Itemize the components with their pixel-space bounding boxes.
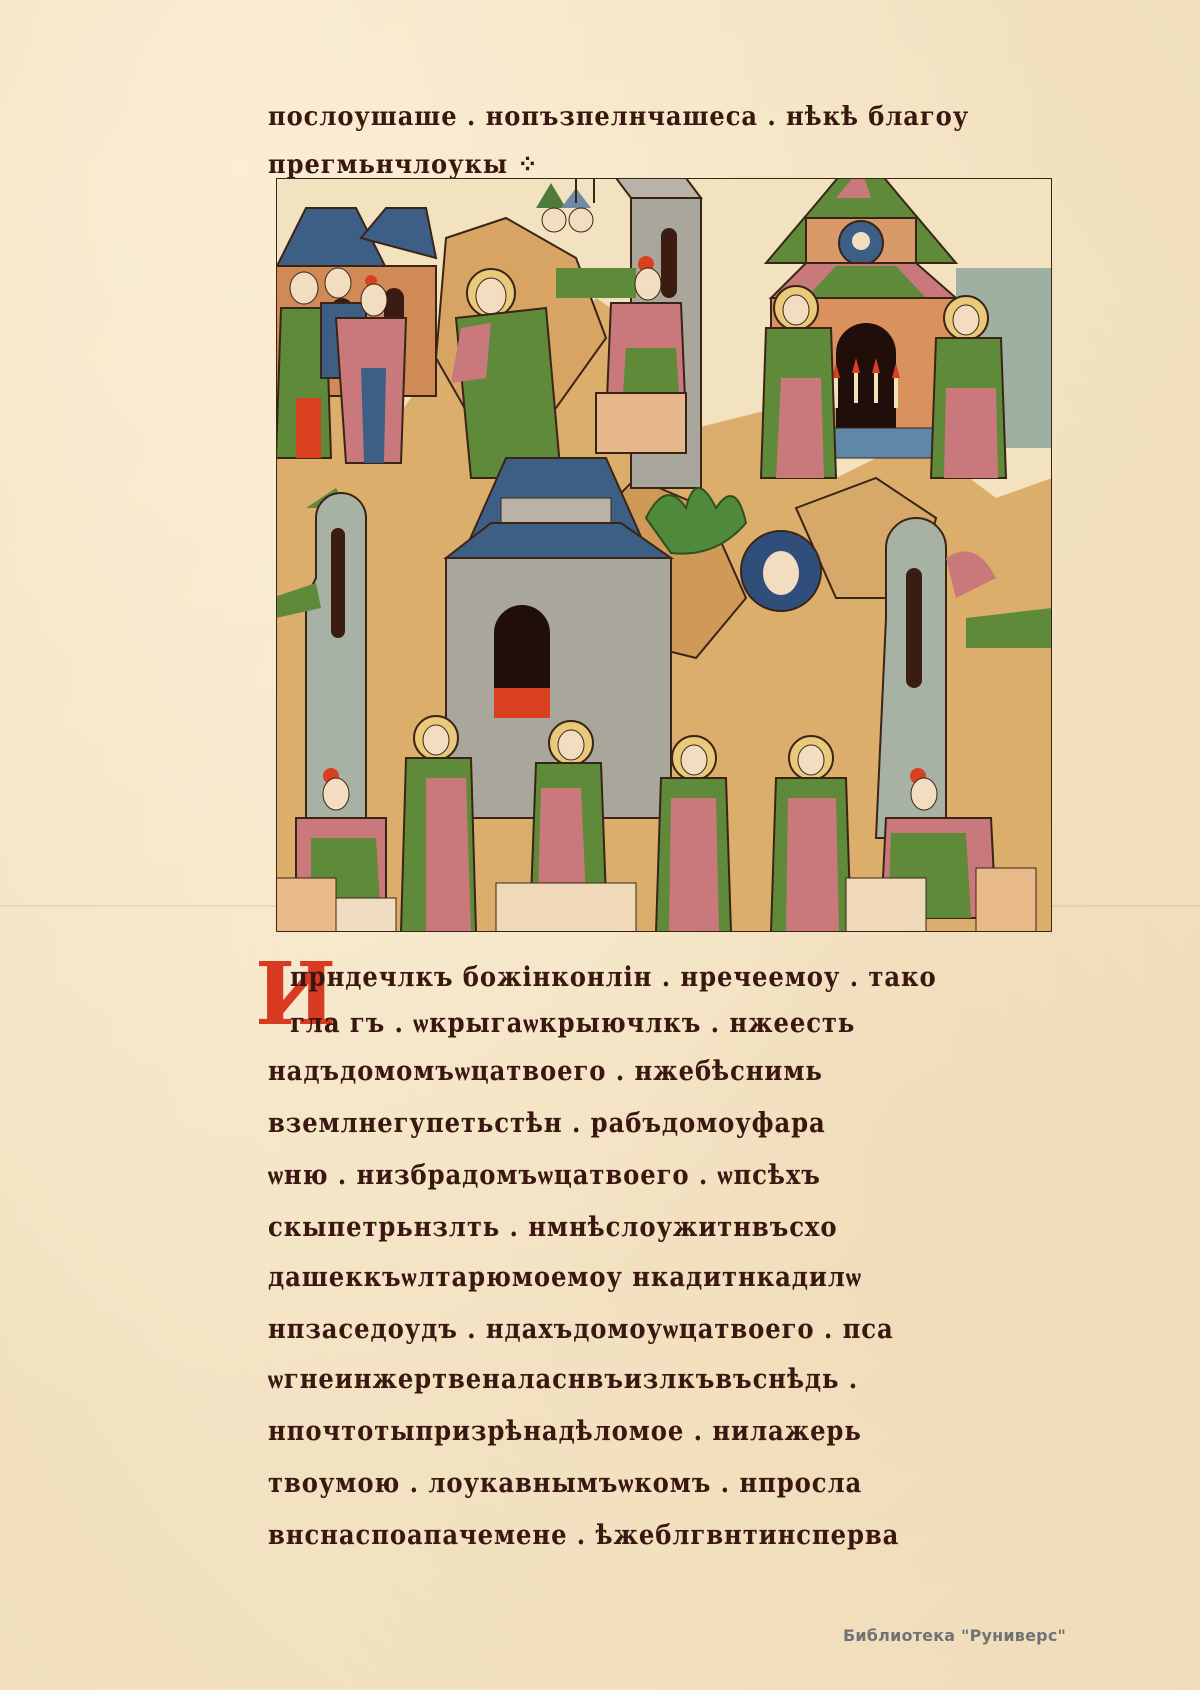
body-line-8: нпзаседоудъ . ндахъдомоуѡцатвоего . пса	[268, 1314, 894, 1345]
body-line-7: дашеккъѡлтарюмоемоу нкадитнкадилѡ	[268, 1262, 862, 1293]
body-line-5: ѡню . низбрадомъѡцатвоего . ѡпсѣхъ	[268, 1160, 821, 1191]
header-line-1: послоушаше . нопъзпелнчашеса . нѣкѣ благ…	[268, 102, 969, 132]
body-line-12: внснаспоапачемене . ѣжеблгвнтинсперва	[268, 1520, 899, 1551]
body-line-11: твоумою . лоукавнымъѡкомъ . нпросла	[268, 1468, 862, 1499]
body-line-2: гла гъ . ѡкрыгаѡкрыючлкъ . нжеесть	[290, 1008, 855, 1039]
body-line-6: скыпетрьнзлть . нмнѣслоужитнвъсхо	[268, 1212, 837, 1243]
header-line-2: прегмьнчлоукы ⁘	[268, 150, 539, 180]
body-line-3: надъдомомъѡцатвоего . нжебѣснимь	[268, 1056, 823, 1087]
miniature-illustration	[276, 178, 1052, 932]
body-line-4: вземлнегупетьстѣн . рабъдомоуфара	[268, 1108, 826, 1139]
body-line-9: ѡгнеинжертвеналаснвъизлкъвъснѣдь .	[268, 1364, 858, 1395]
body-line-10: нпочтотыпризрѣнадѣломое . нилажерь	[268, 1416, 862, 1447]
body-line-1: прндечлкъ божінконлін . нречеемоу . тако	[290, 962, 937, 993]
library-watermark: Библиотека "Руниверс"	[843, 1626, 1066, 1645]
